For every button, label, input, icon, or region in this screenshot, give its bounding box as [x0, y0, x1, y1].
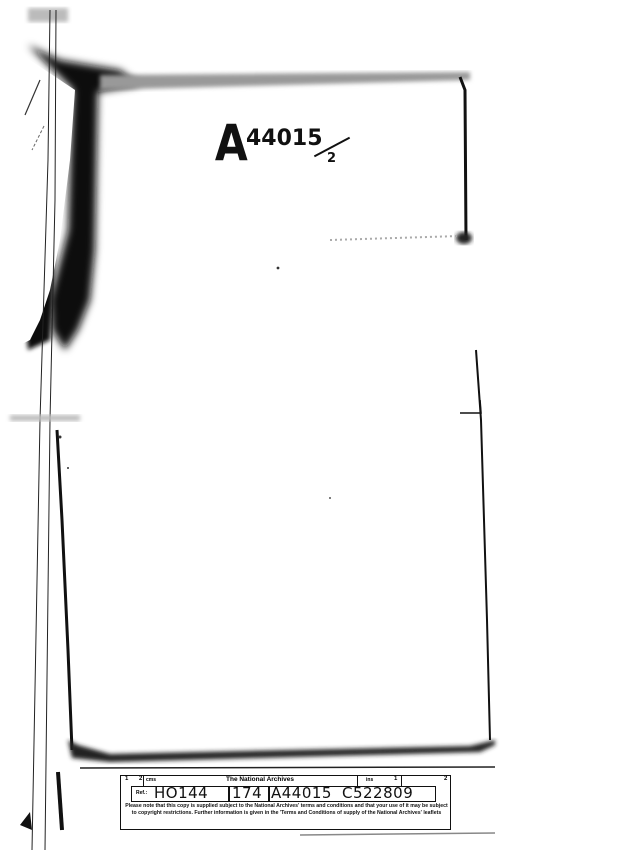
folder-bottom-edge: [68, 740, 495, 762]
strip-shadow: [20, 812, 32, 830]
folder-top-edge: [100, 72, 470, 90]
archive-stamp: 1 2 cms The National Archives ins 1 2 Re…: [120, 775, 451, 830]
strip-line: [80, 767, 495, 768]
scan-speck: [277, 267, 280, 270]
scan-speck: [59, 436, 62, 439]
divider: [143, 776, 144, 786]
ref-subitem: C522809: [342, 784, 413, 802]
folder-right-edge: [460, 77, 466, 240]
scan-streak: [10, 415, 80, 421]
tick-mark: [460, 400, 481, 413]
reference-number: 44015: [246, 126, 323, 151]
fold-edge: [330, 236, 460, 240]
column-mark: 1: [125, 776, 128, 782]
ref-label: Ref.:: [136, 790, 147, 796]
right-mark: 1: [394, 776, 397, 782]
folder-left-edge: [57, 430, 72, 750]
reference-letter: A: [215, 118, 248, 168]
ref-item: A44015: [271, 784, 332, 802]
divider: [268, 787, 270, 801]
copyright-notice: Please note that this copy is supplied s…: [125, 803, 448, 817]
column-mark: 2: [139, 776, 142, 782]
folder-right-edge-lower: [476, 350, 490, 740]
reference-row: Ref.: HO144 174 A44015 C522809: [131, 786, 436, 802]
scan-speck: [67, 467, 69, 469]
scan-artifact: [28, 8, 68, 22]
ref-department: HO144: [154, 784, 208, 802]
strip-shadow: [58, 772, 62, 830]
reference-mark: A 44015 2: [212, 118, 251, 168]
stamp-title: The National Archives: [226, 776, 294, 783]
right-mark: 2: [444, 776, 447, 782]
scan-speck: [329, 497, 331, 499]
reference-fraction: 2: [327, 151, 336, 166]
ref-piece: 174: [232, 784, 262, 802]
divider: [228, 787, 230, 801]
cms-label: cms: [146, 777, 156, 783]
strip-line: [300, 833, 495, 835]
ins-label: ins: [366, 777, 373, 783]
corner-shadow: [456, 232, 472, 244]
